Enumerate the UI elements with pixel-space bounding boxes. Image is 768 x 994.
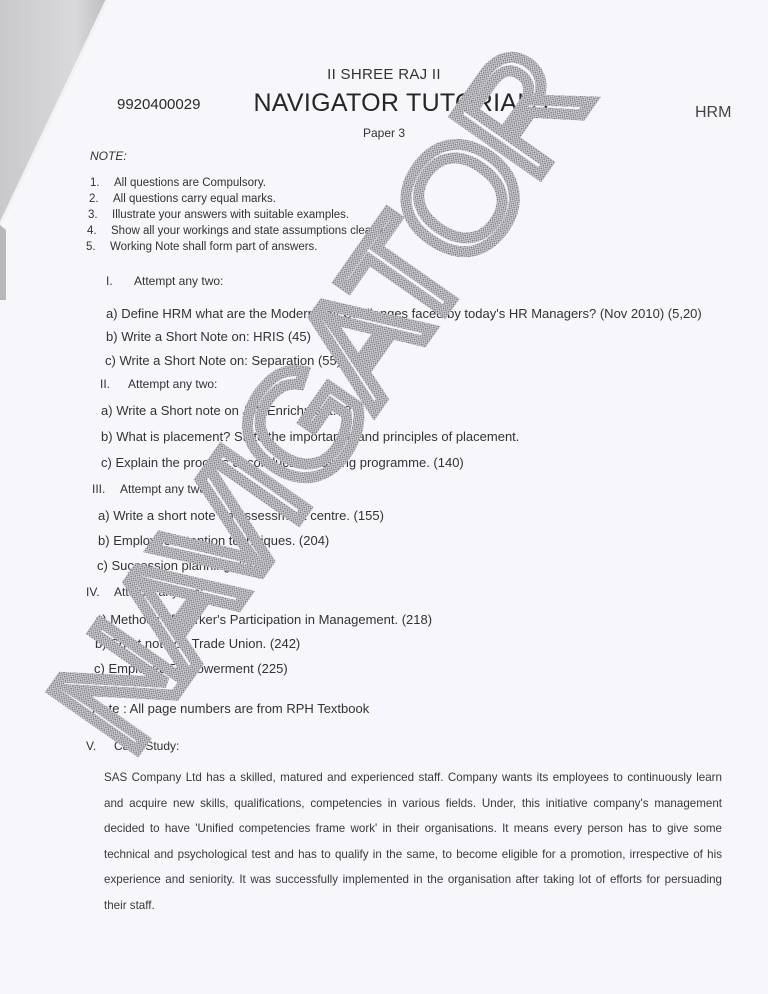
question: a) Methods of worker's Participation in … [95, 612, 432, 627]
notes-heading: NOTE: [90, 149, 127, 163]
case-study-heading: V.Case Study: [86, 739, 179, 753]
section-heading: III.Attempt any two: [92, 482, 209, 496]
question: c) Write a Short Note on: Separation (55… [105, 353, 341, 368]
institute-title: NAVIGATOR TUTORIALS [0, 89, 768, 118]
section-heading: I.Attempt any two: [106, 274, 223, 288]
question: a) Define HRM what are the Modern day Ch… [106, 306, 702, 321]
note-item: 5.Working Note shall form part of answer… [86, 241, 318, 253]
section-heading: IV.Attempt any two: [86, 585, 203, 599]
question: b) Employee retention techniques. (204) [98, 533, 329, 548]
question: b) Short note on Trade Union. (242) [95, 636, 300, 651]
question: a) Write a Short note on Job Enrichment.… [101, 403, 363, 418]
section-heading: II.Attempt any two: [100, 377, 217, 391]
question: b) Write a Short Note on: HRIS (45) [106, 329, 311, 344]
header-invocation: II SHREE RAJ II [0, 66, 768, 83]
subject-label: HRM [695, 104, 731, 122]
page-number-note: Note : All page numbers are from RPH Tex… [92, 701, 369, 716]
case-study-text: SAS Company Ltd has a skilled, matured a… [104, 765, 722, 918]
note-item: 3.Illustrate your answers with suitable … [88, 209, 349, 221]
question: a) Write a short note on assessment cent… [98, 508, 384, 523]
question: c) Explain the process of conducting tra… [101, 455, 464, 470]
note-item: 4.Show all your workings and state assum… [87, 225, 386, 237]
note-item: 1.All questions are Compulsory. [90, 177, 266, 189]
note-item: 2.All questions carry equal marks. [89, 193, 276, 205]
paper-label: Paper 3 [0, 126, 768, 140]
question: c) Succession planning. (207) [97, 558, 268, 573]
question: c) Employee Empowerment (225) [94, 661, 288, 676]
question: b) What is placement? State the importan… [101, 429, 519, 444]
